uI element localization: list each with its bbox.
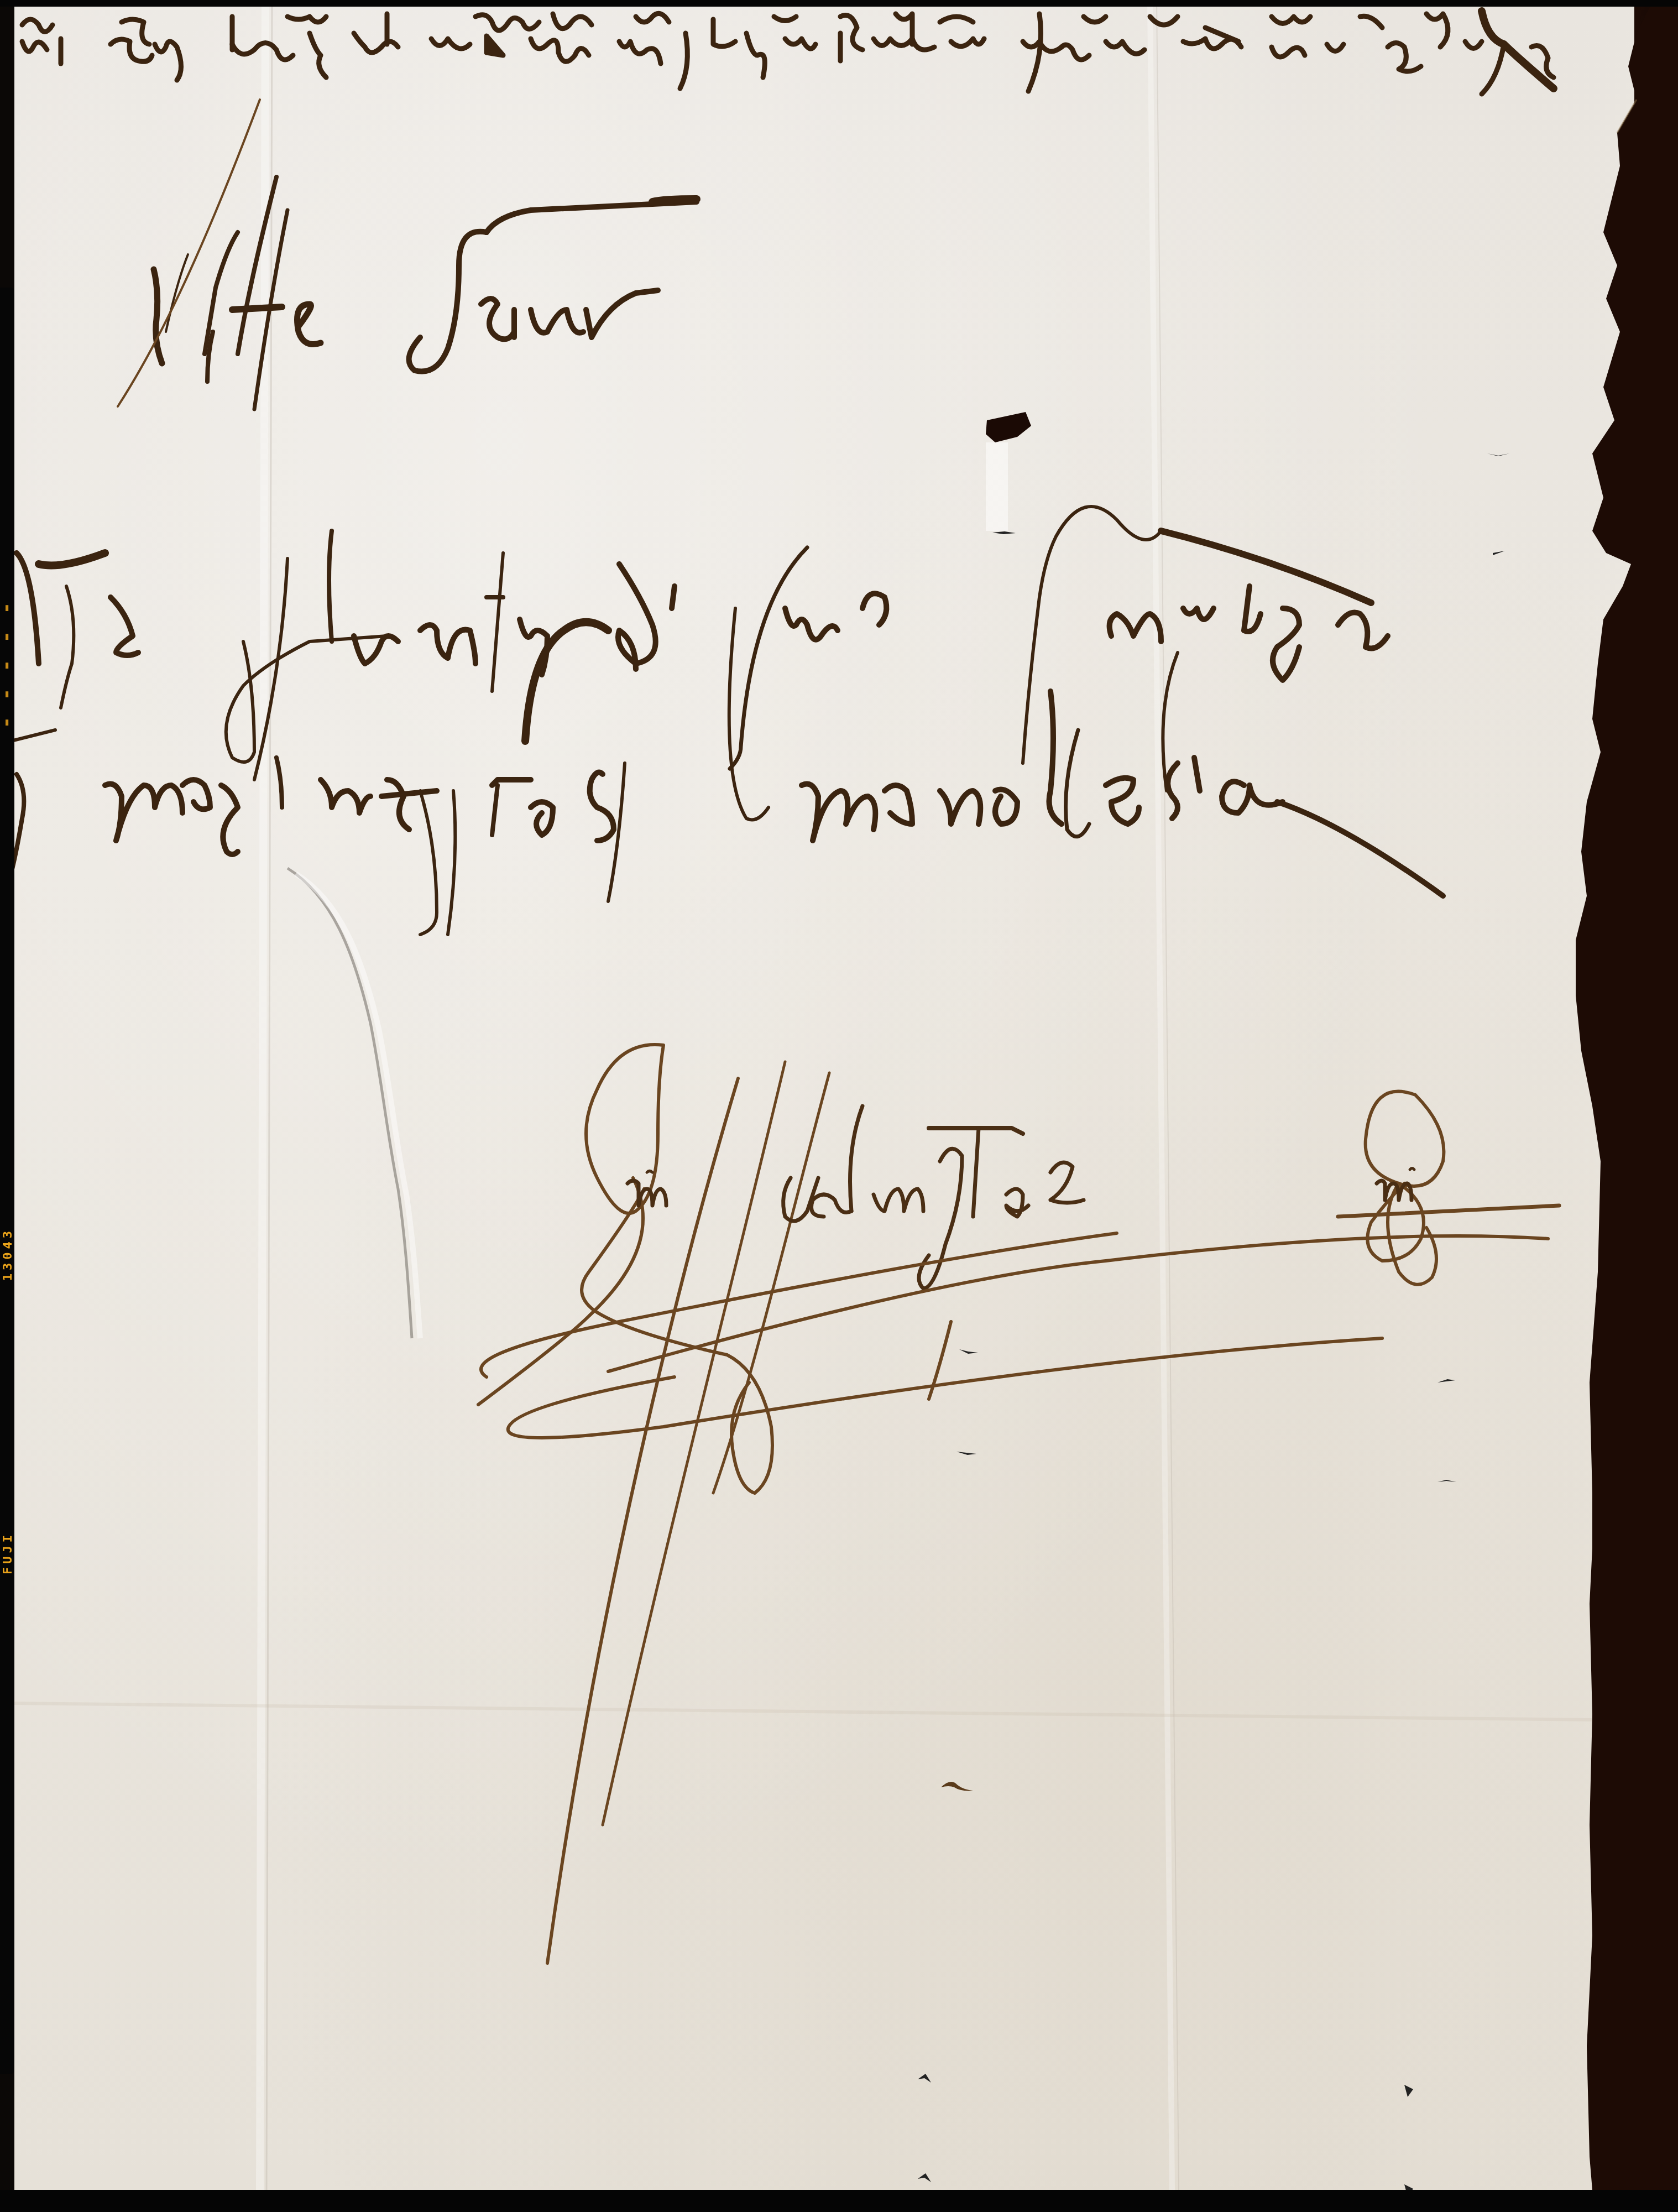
top-fragment-line-2 xyxy=(22,33,1554,94)
salutation xyxy=(118,100,697,409)
closing-line-1 xyxy=(17,507,1388,820)
film-edge-ticks: ▮ ▮ ▮ ▮ ▮ xyxy=(1,597,12,729)
closing-line-2 xyxy=(11,622,1443,935)
film-frame-number: 13043 xyxy=(1,1228,12,1281)
handwriting xyxy=(0,0,1678,2212)
film-border-bottom xyxy=(0,2190,1678,2212)
film-brand: FUJI xyxy=(1,1532,12,1574)
film-border-top xyxy=(0,0,1678,7)
film-edge-strip: ▮ ▮ ▮ ▮ ▮ 13043 FUJI xyxy=(0,288,14,2074)
signature xyxy=(478,1045,1559,1963)
